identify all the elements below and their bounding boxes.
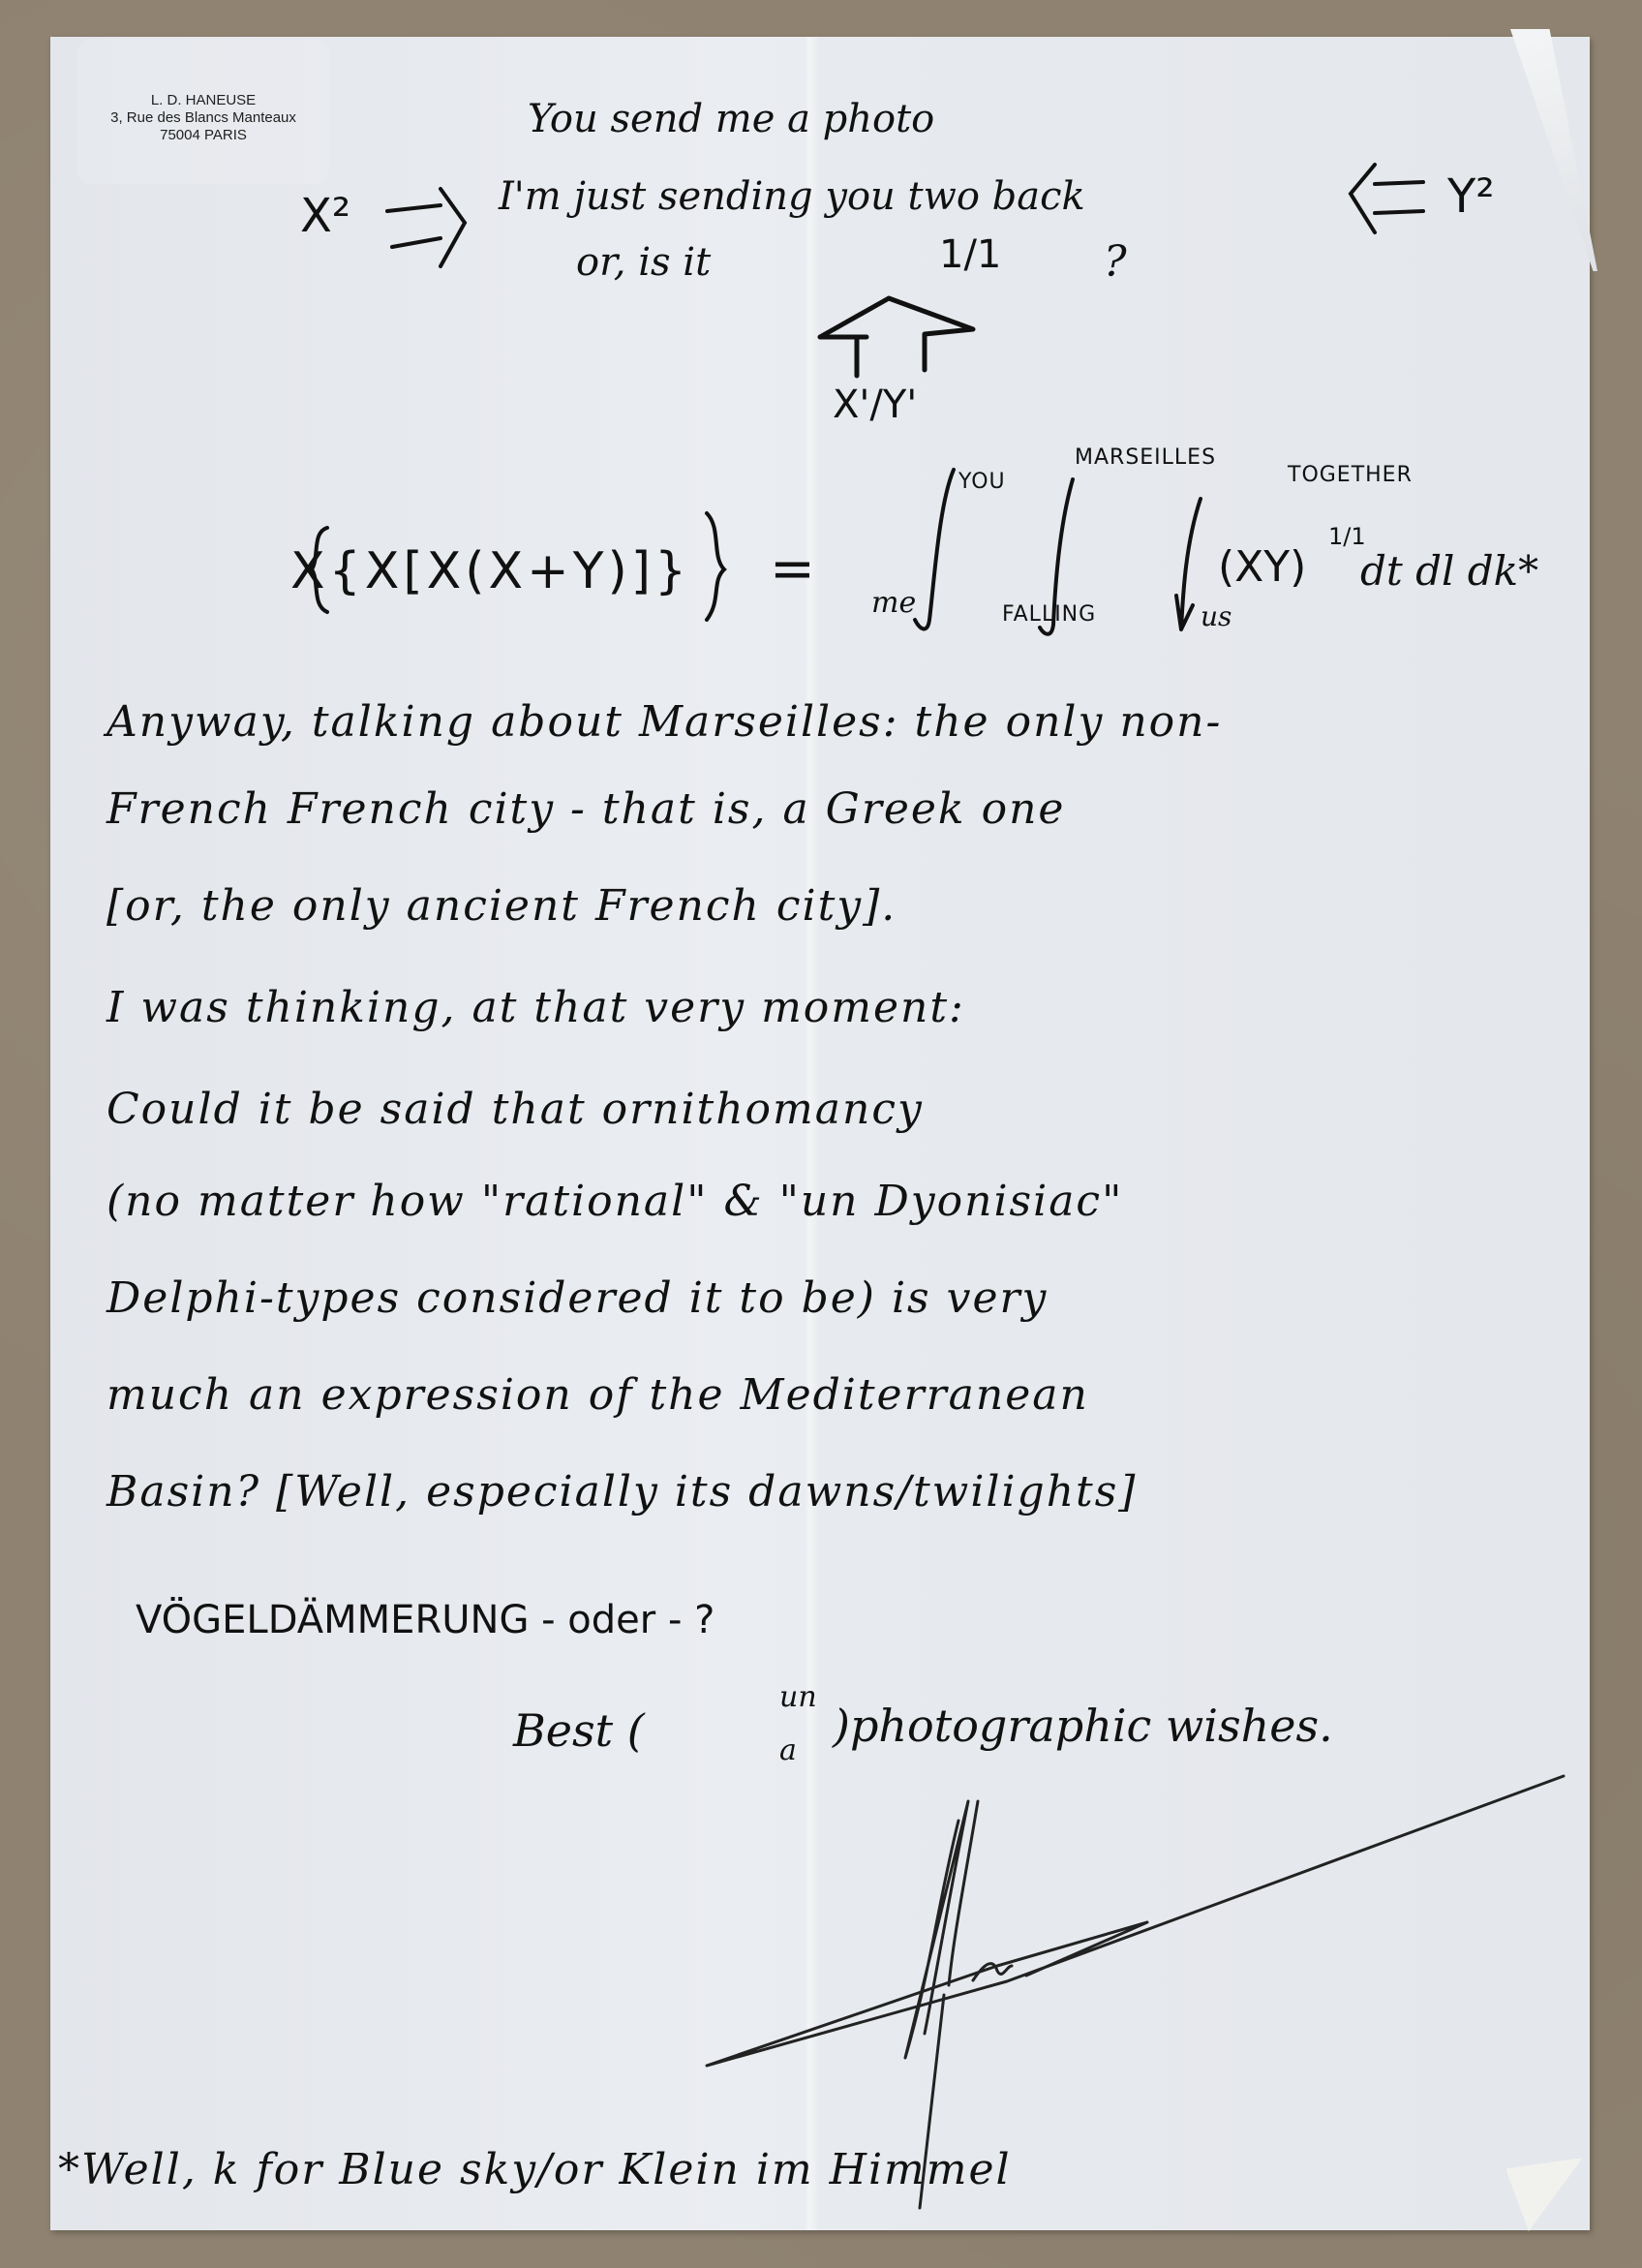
footnote: *Well, k for Blue sky/or Klein im Himmel xyxy=(58,2145,1012,2194)
body-line-1: Anyway, talking about Marseilles: the on… xyxy=(106,697,1222,747)
equation-lhs: X{X[X(X+Y)]} xyxy=(290,542,690,600)
body-line-3: [or, the only ancient French city]. xyxy=(106,881,897,931)
closing-prefix: Best ( xyxy=(513,1704,645,1757)
body-line-5: Could it be said that ornithomancy xyxy=(106,1085,924,1134)
body-line-8: much an expression of the Mediterranean xyxy=(106,1370,1089,1420)
closing-suffix: )photographic wishes. xyxy=(833,1700,1333,1752)
integral-2-lower: FALLING xyxy=(1002,602,1096,627)
integral-3-lower: us xyxy=(1201,600,1231,632)
differentials: dt dl dk* xyxy=(1360,547,1538,595)
german-line: VÖGELDÄMMERUNG - oder - ? xyxy=(136,1598,715,1642)
integral-1-lower: me xyxy=(871,586,916,620)
closing-bottom: a xyxy=(779,1733,797,1767)
up-arrow-icon xyxy=(820,298,973,376)
integrand-exponent: 1/1 xyxy=(1328,523,1366,550)
equation-equals: = xyxy=(770,537,815,600)
body-line-2: French French city - that is, a Greek on… xyxy=(106,784,1065,834)
signature xyxy=(707,1776,1564,2208)
integral-1-upper: YOU xyxy=(958,470,1006,494)
integral-3-upper: TOGETHER xyxy=(1288,463,1413,487)
right-arrow-icon xyxy=(387,189,465,266)
left-arrow-icon xyxy=(1351,165,1423,232)
hand-drawn-arrows xyxy=(0,0,1642,2268)
integral-2-upper: MARSEILLES xyxy=(1075,445,1216,470)
body-line-6: (no matter how "rational" & "un Dyonisia… xyxy=(106,1177,1123,1226)
body-line-4: I was thinking, at that very moment: xyxy=(106,983,965,1032)
body-line-9: Basin? [Well, especially its dawns/twili… xyxy=(106,1467,1137,1517)
integrand: (XY) xyxy=(1218,542,1306,592)
closing-top: un xyxy=(779,1680,817,1714)
body-line-7: Delphi-types considered it to be) is ver… xyxy=(106,1273,1048,1323)
